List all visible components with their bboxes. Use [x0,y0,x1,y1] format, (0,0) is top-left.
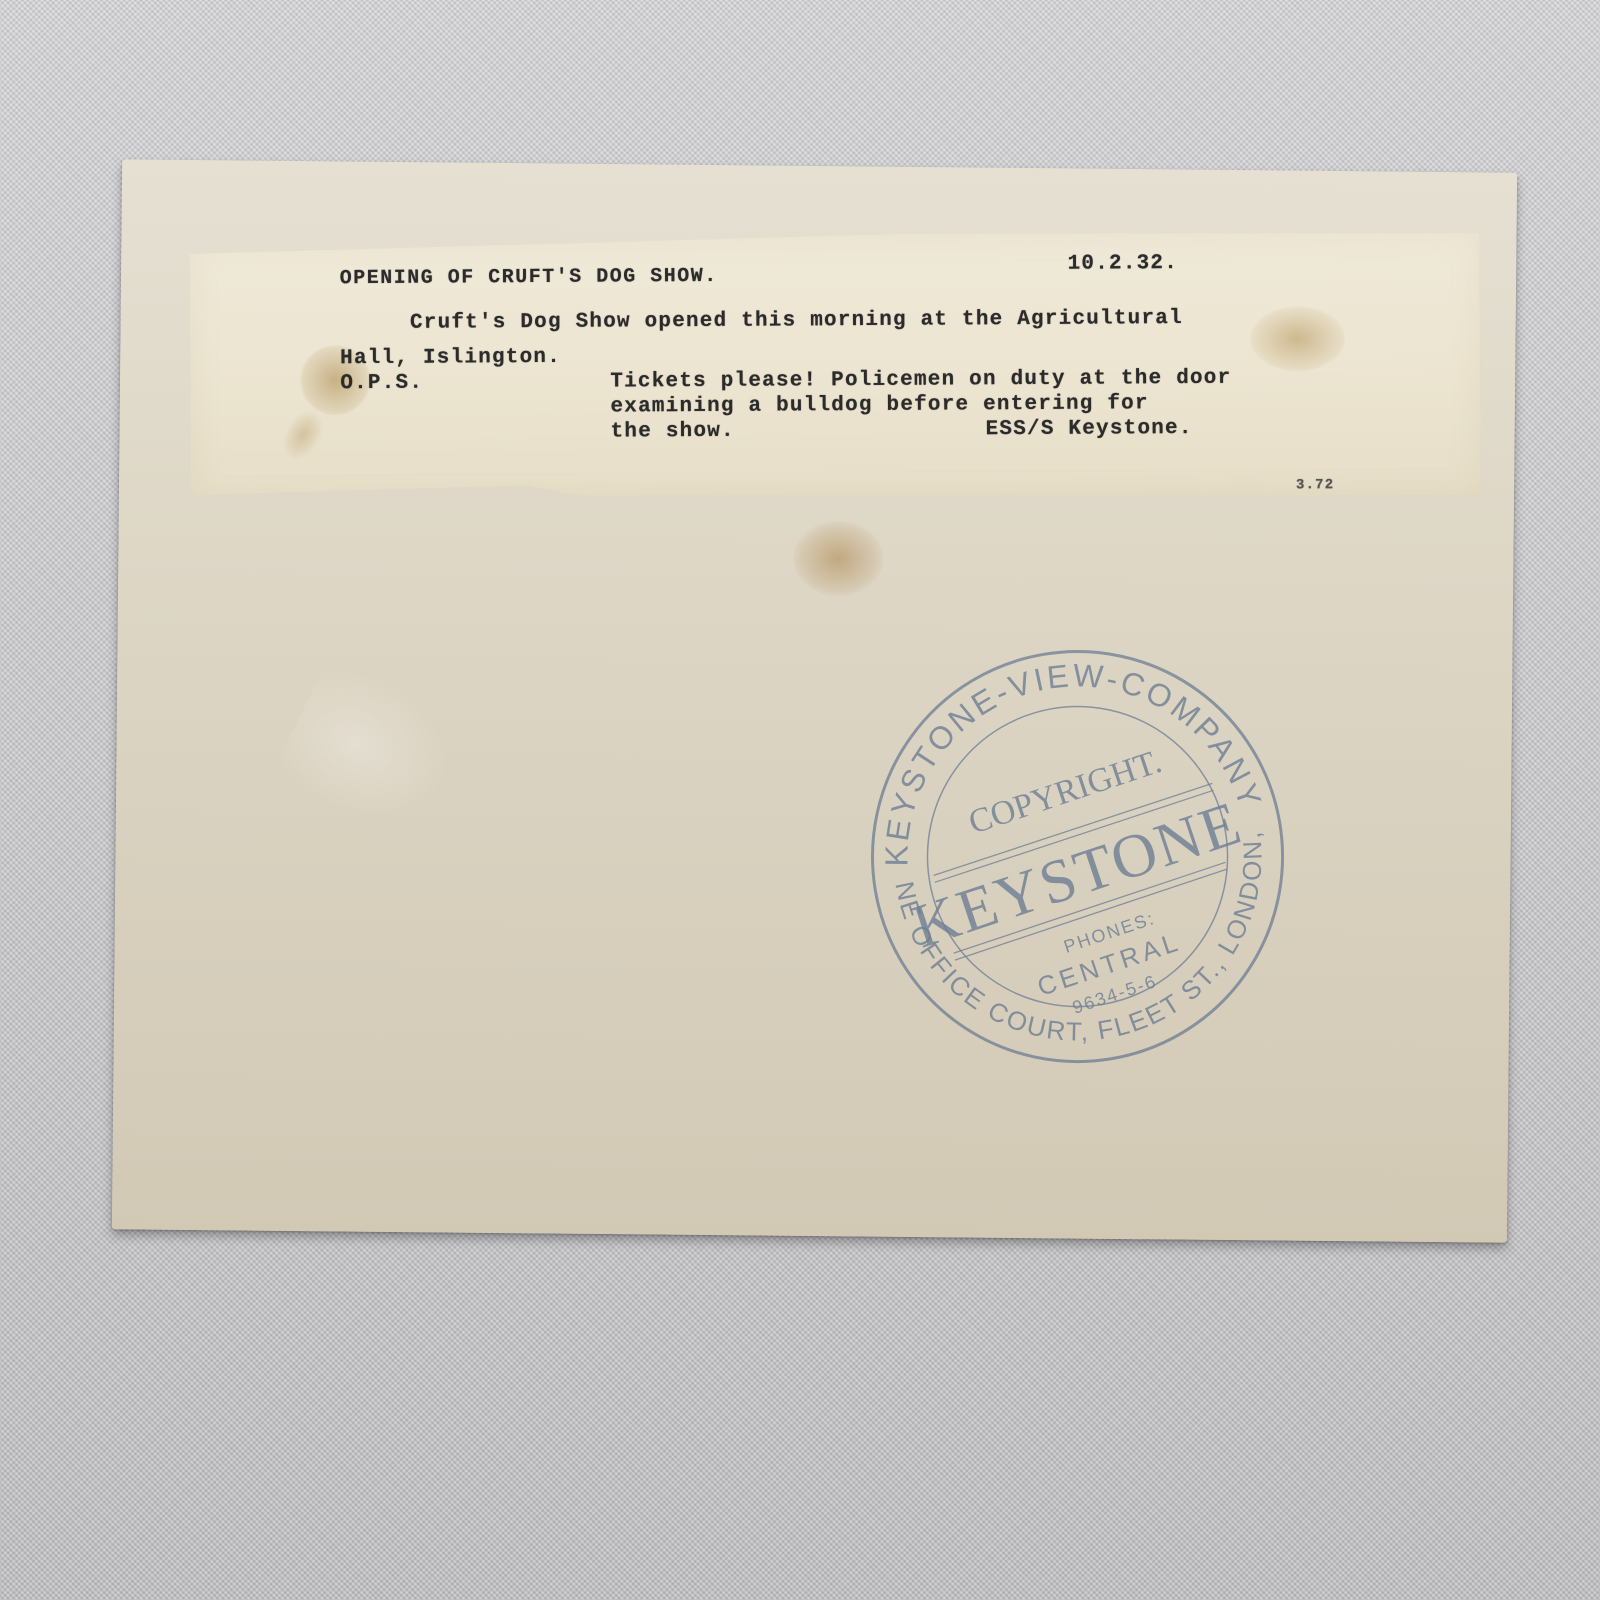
photo-card-back: OPENING OF CRUFT'S DOG SHOW. 10.2.32. Cr… [112,159,1517,1242]
caption-line: Tickets please! Policemen on duty at the… [610,367,1231,394]
caption-headline: OPENING OF CRUFT'S DOG SHOW. [340,265,718,290]
water-stain [274,402,332,467]
caption-date: 10.2.32. [1068,252,1179,276]
caption-credit: ESS/S Keystone. [986,417,1193,441]
caption-line: the show. [611,420,735,444]
caption-line: Hall, Islington. [340,346,561,370]
caption-line: examining a bulldog before entering for [610,392,1148,418]
caption-code: O.P.S. [340,372,423,396]
caption-line: Cruft's Dog Show opened this morning at … [410,307,1183,335]
caption-slip: OPENING OF CRUFT'S DOG SHOW. 10.2.32. Cr… [189,230,1481,503]
water-stain [793,521,884,597]
water-stain [1250,306,1345,372]
keystone-copyright-stamp: ✦ KEYSTONE-VIEW-COMPANY ✦ 12 WINE OFFICE… [836,615,1319,1098]
caption-partial-text: 3.72 [1296,477,1335,493]
